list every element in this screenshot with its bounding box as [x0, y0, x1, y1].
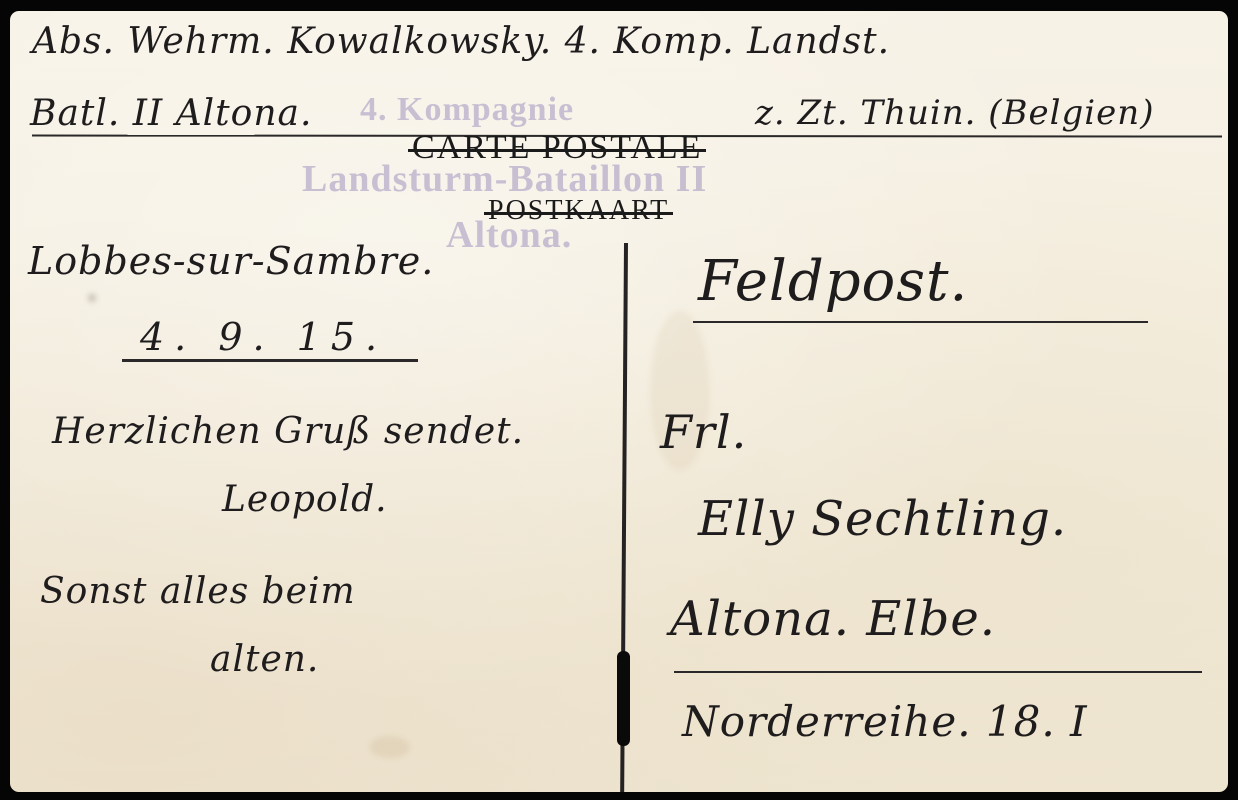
message-line-4: alten. [210, 639, 319, 680]
address-city: Altona. Elbe. [670, 591, 996, 647]
sender-location: z. Zt. Thuin. (Belgien) [755, 93, 1154, 133]
message-place: Lobbes-sur-Sambre. [28, 239, 434, 283]
ink-blot [617, 651, 630, 746]
message-line-3: Sonst alles beim [40, 571, 356, 612]
message-signature: Leopold. [222, 479, 388, 520]
heading-carte-postale: CARTE POSTALE [412, 129, 702, 167]
address-name: Elly Sechtling. [698, 491, 1067, 547]
stamp-line-1: 4. Kompagnie [360, 91, 574, 129]
sender-line-2: Batl. II Altona. [30, 93, 312, 134]
address-street: Norderreihe. 18. I [682, 697, 1088, 746]
message-line-1: Herzlichen Gruß sendet. [52, 411, 524, 452]
date-underline [122, 359, 418, 362]
message-date: 4. 9. 15. [140, 315, 387, 359]
paper-stain [370, 736, 410, 758]
address-salutation: Frl. [660, 405, 747, 459]
address-service: Feldpost. [698, 249, 968, 314]
city-underline [674, 671, 1202, 673]
feldpost-underline [693, 321, 1148, 323]
paper-spot [88, 294, 96, 302]
postcard-back: Abs. Wehrm. Kowalkowsky. 4. Komp. Landst… [10, 11, 1228, 792]
heading-postkaart: POSTKAART [488, 195, 669, 227]
postcard-scan: Abs. Wehrm. Kowalkowsky. 4. Komp. Landst… [0, 0, 1238, 800]
sender-line-1: Abs. Wehrm. Kowalkowsky. 4. Komp. Landst… [32, 21, 890, 62]
